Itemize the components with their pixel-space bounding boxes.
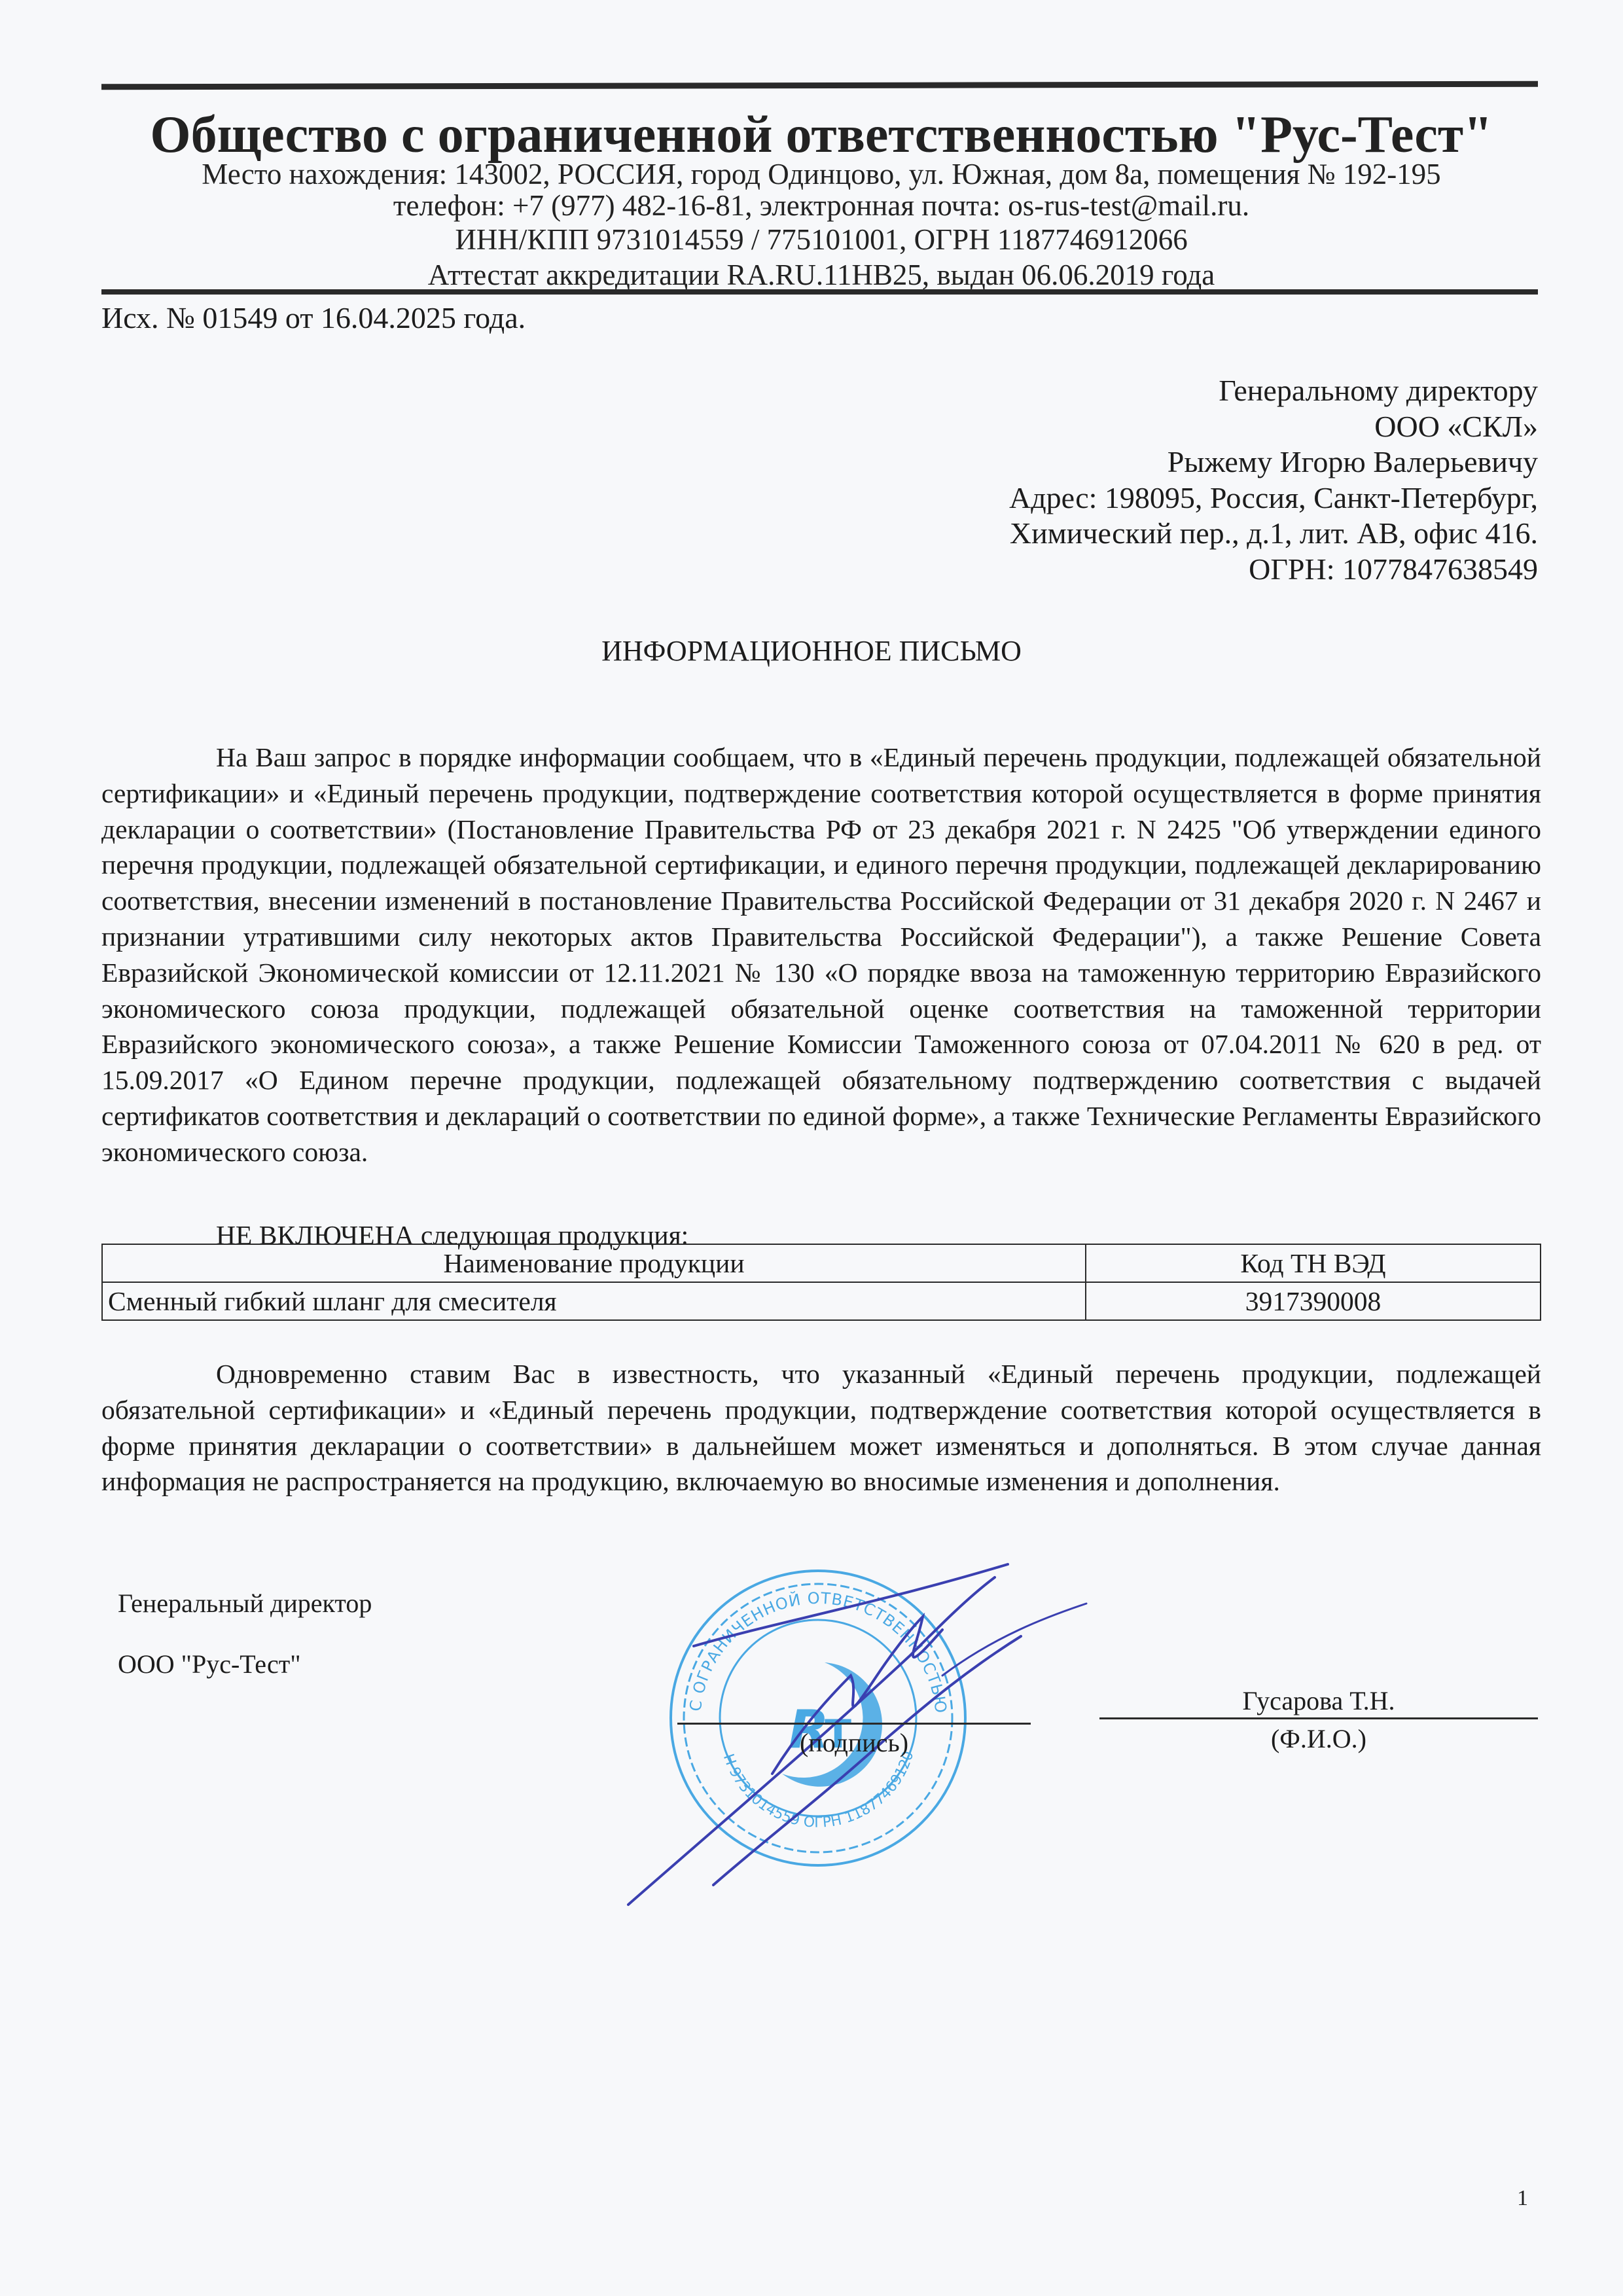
product-name-cell: Сменный гибкий шланг для смесителя [102, 1282, 1086, 1320]
recipient-address-2: Химический пер., д.1, лит. АВ, офис 416. [1009, 516, 1538, 552]
recipient-company: ООО «СКЛ» [1009, 409, 1538, 445]
org-address: Место нахождения: 143002, РОССИЯ, город … [98, 157, 1544, 191]
signatory-name: Гусарова Т.Н. [1099, 1685, 1538, 1717]
table-row: Сменный гибкий шланг для смесителя 39173… [102, 1282, 1541, 1320]
signatory-position: Генеральный директор [118, 1587, 372, 1620]
body-paragraph-1: На Ваш запрос в порядке информации сообщ… [101, 740, 1541, 1170]
document-title: ИНФОРМАЦИОННОЕ ПИСЬМО [0, 634, 1623, 669]
body-paragraph-2: Одновременно ставим Вас в известность, ч… [101, 1356, 1541, 1499]
column-header-product-name: Наименование продукции [102, 1244, 1086, 1282]
signatory-company: ООО "Рус-Тест" [118, 1648, 301, 1681]
org-contacts: телефон: +7 (977) 482-16-81, электронная… [98, 188, 1544, 223]
header-top-rule [101, 81, 1538, 90]
recipient-ogrn: ОГРН: 1077847638549 [1009, 552, 1538, 588]
recipient-position: Генеральному директору [1009, 373, 1538, 409]
products-table: Наименование продукции Код ТН ВЭД Сменны… [101, 1244, 1541, 1321]
signature-caption: (подпись) [677, 1727, 1031, 1759]
org-accreditation: Аттестат аккредитации RA.RU.11НВ25, выда… [98, 258, 1544, 292]
name-caption: (Ф.И.О.) [1099, 1723, 1538, 1755]
recipient-person: Рыжему Игорю Валерьевичу [1009, 444, 1538, 480]
recipient-block: Генеральному директору ООО «СКЛ» Рыжему … [1009, 373, 1538, 587]
table-header-row: Наименование продукции Код ТН ВЭД [102, 1244, 1541, 1282]
letter-page: Общество с ограниченной ответственностью… [0, 0, 1623, 2296]
tnved-code-cell: 3917390008 [1086, 1282, 1541, 1320]
page-number: 1 [1517, 2186, 1528, 2211]
outgoing-reference: Исх. № 01549 от 16.04.2025 года. [101, 300, 526, 336]
signature-line [677, 1723, 1031, 1725]
org-requisites: ИНН/КПП 9731014559 / 775101001, ОГРН 118… [98, 223, 1544, 257]
recipient-address-1: Адрес: 198095, Россия, Санкт-Петербург, [1009, 480, 1538, 516]
name-line [1099, 1717, 1538, 1719]
column-header-tnved-code: Код ТН ВЭД [1086, 1244, 1541, 1282]
header-bottom-rule [101, 289, 1538, 295]
